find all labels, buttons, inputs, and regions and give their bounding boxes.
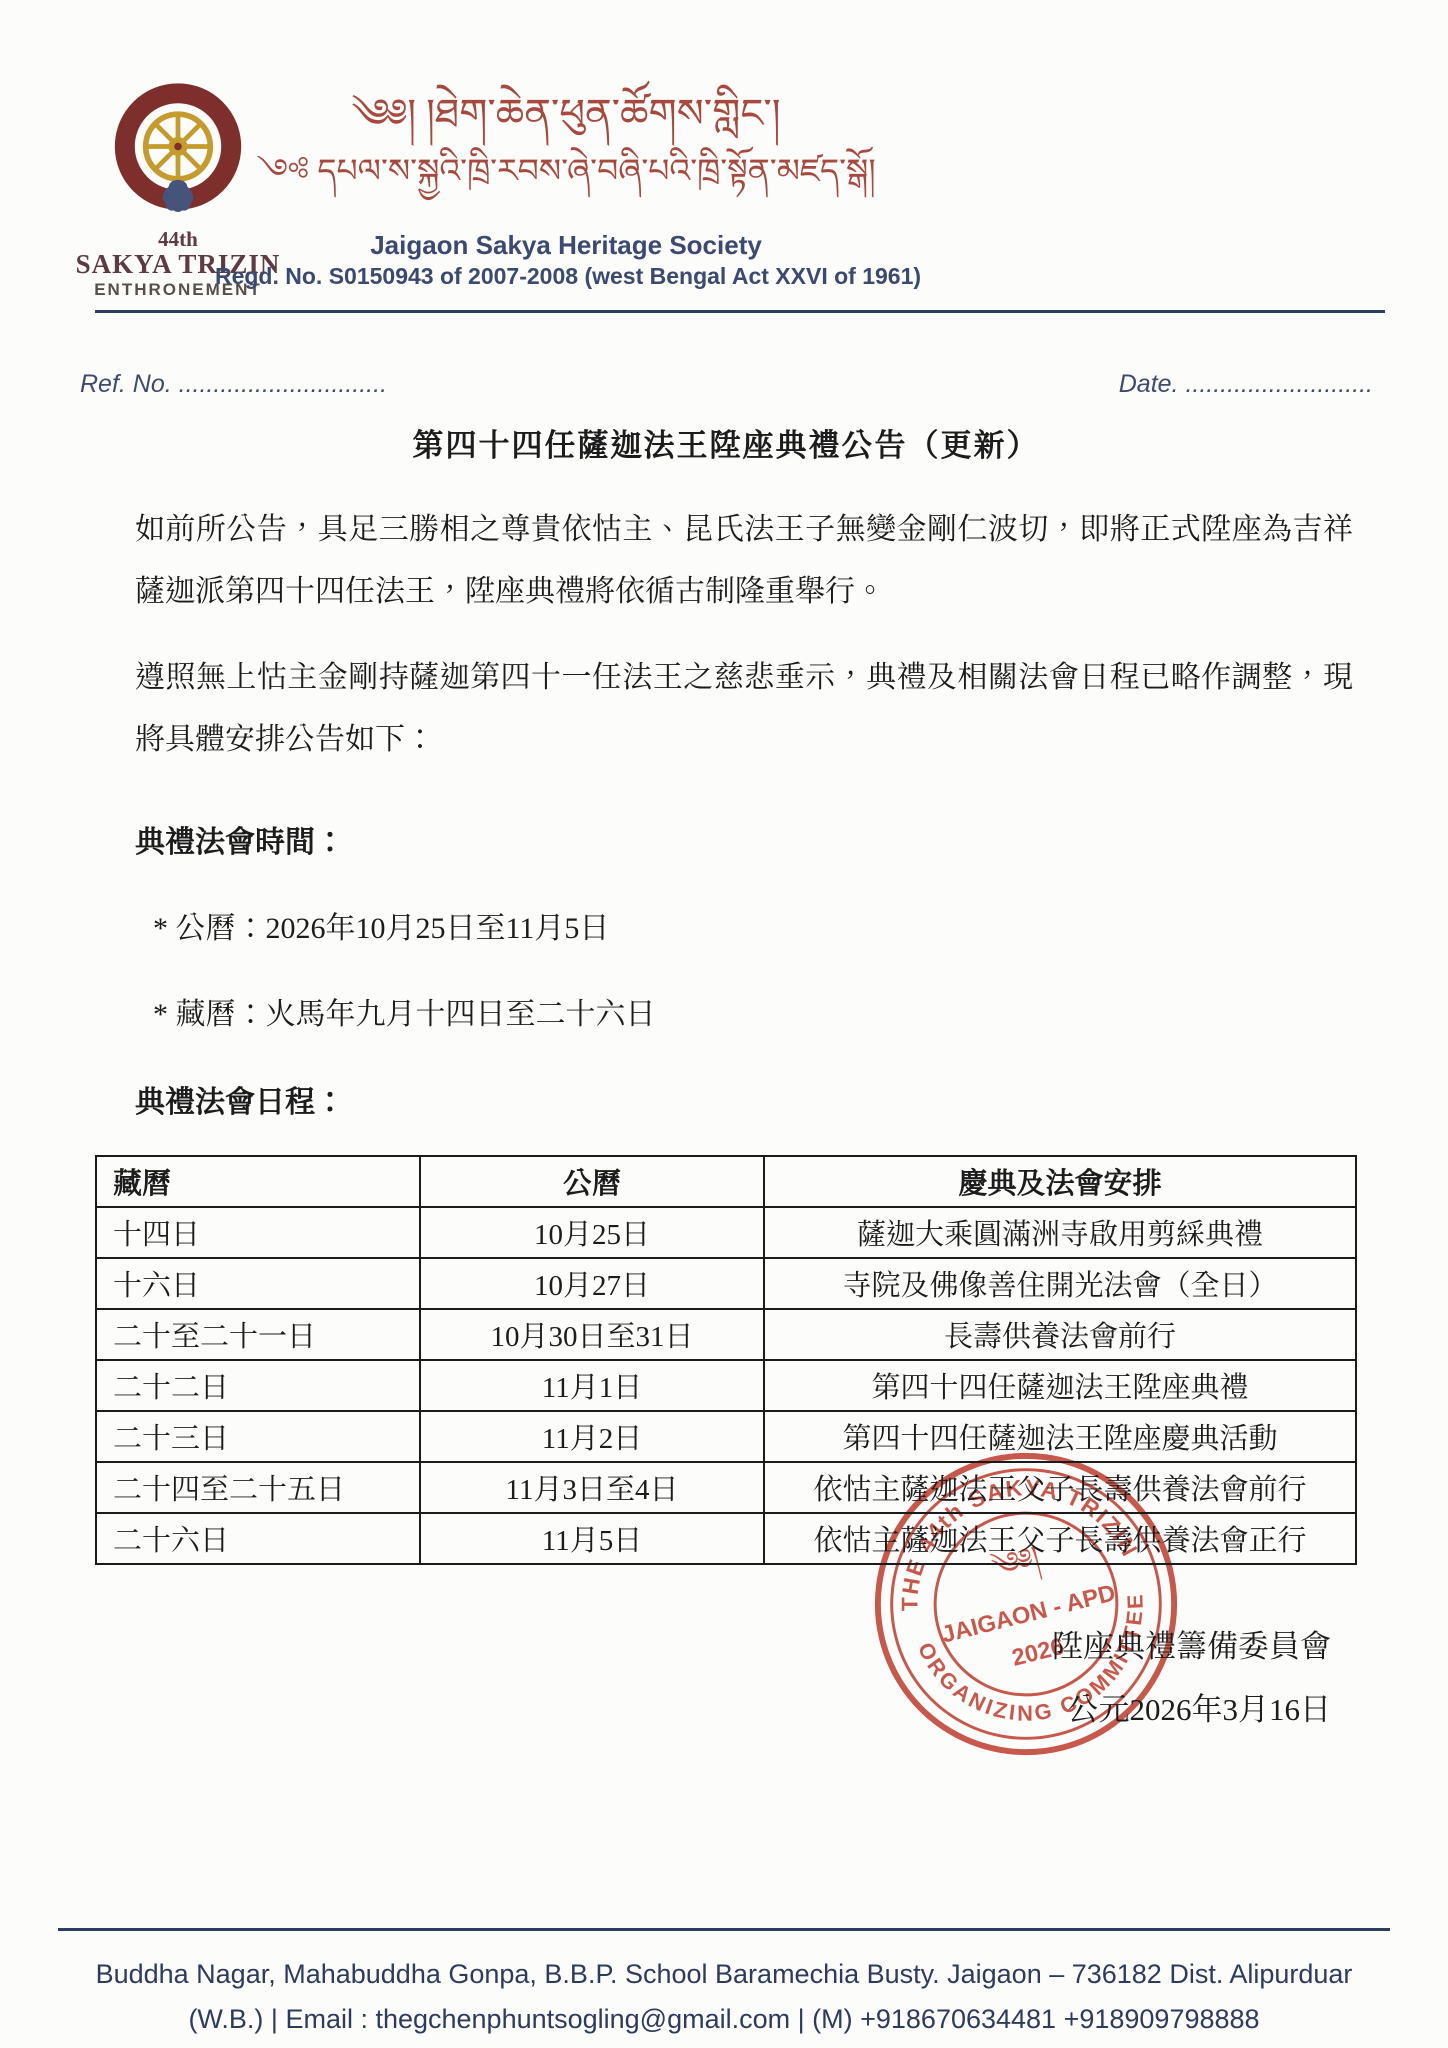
schedule-table: 藏曆 公曆 慶典及法會安排 十四日 10月25日 薩迦大乘圓滿洲寺啟用剪綵典禮 … xyxy=(95,1155,1357,1565)
cell-tibetan-date: 二十四至二十五日 xyxy=(96,1462,420,1513)
table-row: 二十二日 11月1日 第四十四任薩迦法王陞座典禮 xyxy=(96,1360,1356,1411)
table-row: 十六日 10月27日 寺院及佛像善住開光法會（全日） xyxy=(96,1258,1356,1309)
cell-event: 依怙主薩迦法王父子長壽供養法會前行 xyxy=(764,1462,1356,1513)
cell-event: 依怙主薩迦法王父子長壽供養法會正行 xyxy=(764,1513,1356,1564)
cell-event: 第四十四任薩迦法王陞座慶典活動 xyxy=(764,1411,1356,1462)
cell-tibetan-date: 二十至二十一日 xyxy=(96,1309,420,1360)
header-gregorian-calendar: 公曆 xyxy=(420,1156,764,1207)
ceremony-time-heading: 典禮法會時間： xyxy=(135,817,1357,861)
table-header-row: 藏曆 公曆 慶典及法會安排 xyxy=(96,1156,1356,1207)
tibetan-date-item: * 藏曆：火馬年九月十四日至二十六日 xyxy=(153,989,1357,1033)
announcement-date: 公元2026年3月16日 xyxy=(95,1684,1331,1729)
table-row: 十四日 10月25日 薩迦大乘圓滿洲寺啟用剪綵典禮 xyxy=(96,1207,1356,1258)
cell-gregorian-date: 10月25日 xyxy=(420,1207,764,1258)
cell-event: 薩迦大乘圓滿洲寺啟用剪綵典禮 xyxy=(764,1207,1356,1258)
ref-date-row: Ref. No. .............................. … xyxy=(80,370,1373,399)
paragraph-1: 如前所公告，具足三勝相之尊貴依怙主、昆氏法王子無變金剛仁波切，即將正式陞座為吉祥… xyxy=(135,499,1353,623)
signature-block: 陞座典禮籌備委員會 公元2026年3月16日 xyxy=(95,1621,1357,1729)
committee-name: 陞座典禮籌備委員會 xyxy=(95,1621,1331,1666)
society-name: Jaigaon Sakya Heritage Society xyxy=(238,230,894,261)
registration-line: Regd. No. S0150943 of 2007-2008 (west Be… xyxy=(168,263,968,290)
footer-contact-line: (W.B.) | Email : thegchenphuntsogling@gm… xyxy=(0,1997,1448,2042)
paragraph-2: 遵照無上怙主金剛持薩迦第四十一任法王之慈悲垂示，典禮及相關法會日程已略作調整，現… xyxy=(135,647,1353,771)
cell-event: 寺院及佛像善住開光法會（全日） xyxy=(764,1258,1356,1309)
cell-tibetan-date: 二十三日 xyxy=(96,1411,420,1462)
cell-event: 第四十四任薩迦法王陞座典禮 xyxy=(764,1360,1356,1411)
ref-no-label: Ref. No. .............................. xyxy=(80,370,387,399)
table-row: 二十六日 11月5日 依怙主薩迦法王父子長壽供養法會正行 xyxy=(96,1513,1356,1564)
cell-gregorian-date: 10月27日 xyxy=(420,1258,764,1309)
cell-tibetan-date: 十六日 xyxy=(96,1258,420,1309)
cell-tibetan-date: 二十二日 xyxy=(96,1360,420,1411)
header-tibetan-calendar: 藏曆 xyxy=(96,1156,420,1207)
cell-gregorian-date: 11月2日 xyxy=(420,1411,764,1462)
table-row: 二十至二十一日 10月30日至31日 長壽供養法會前行 xyxy=(96,1309,1356,1360)
cell-event: 長壽供養法會前行 xyxy=(764,1309,1356,1360)
header-event: 慶典及法會安排 xyxy=(764,1156,1356,1207)
tibetan-line-2: ༺ དཔལ་ས་སྐྱའི་ཁྲི་རབས་ཞེ་བཞི་པའི་ཁྲི་སྟོ… xyxy=(238,146,894,198)
document-page: 44th SAKYA TRIZIN ENTHRONEMENT ༄༅། །ཐེག་… xyxy=(0,0,1448,2048)
document-body: 第四十四任薩迦法王陞座典禮公告（更新） 如前所公告，具足三勝相之尊貴依怙主、昆氏… xyxy=(95,420,1357,1729)
dharma-wheel-emblem-icon xyxy=(102,80,254,232)
date-label: Date. ........................... xyxy=(1119,370,1373,399)
cell-gregorian-date: 10月30日至31日 xyxy=(420,1309,764,1360)
cell-gregorian-date: 11月1日 xyxy=(420,1360,764,1411)
tibetan-line-1: ༄༅། །ཐེག་ཆེན་ཕུན་ཚོགས་གླིང་། xyxy=(238,86,894,142)
cell-tibetan-date: 二十六日 xyxy=(96,1513,420,1564)
footer-divider xyxy=(58,1928,1390,1931)
table-row: 二十三日 11月2日 第四十四任薩迦法王陞座慶典活動 xyxy=(96,1411,1356,1462)
footer: Buddha Nagar, Mahabuddha Gonpa, B.B.P. S… xyxy=(0,1952,1448,2042)
header-divider xyxy=(95,310,1385,313)
table-row: 二十四至二十五日 11月3日至4日 依怙主薩迦法王父子長壽供養法會前行 xyxy=(96,1462,1356,1513)
tibetan-header: ༄༅། །ཐེག་ཆེན་ཕུན་ཚོགས་གླིང་། ༺ དཔལ་ས་སྐྱ… xyxy=(238,86,894,198)
cell-gregorian-date: 11月3日至4日 xyxy=(420,1462,764,1513)
cell-gregorian-date: 11月5日 xyxy=(420,1513,764,1564)
footer-address-line: Buddha Nagar, Mahabuddha Gonpa, B.B.P. S… xyxy=(0,1952,1448,1997)
cell-tibetan-date: 十四日 xyxy=(96,1207,420,1258)
gregorian-date-item: * 公曆：2026年10月25日至11月5日 xyxy=(153,903,1357,947)
announcement-title: 第四十四任薩迦法王陞座典禮公告（更新） xyxy=(95,420,1357,465)
ceremony-schedule-heading: 典禮法會日程： xyxy=(135,1077,1357,1121)
